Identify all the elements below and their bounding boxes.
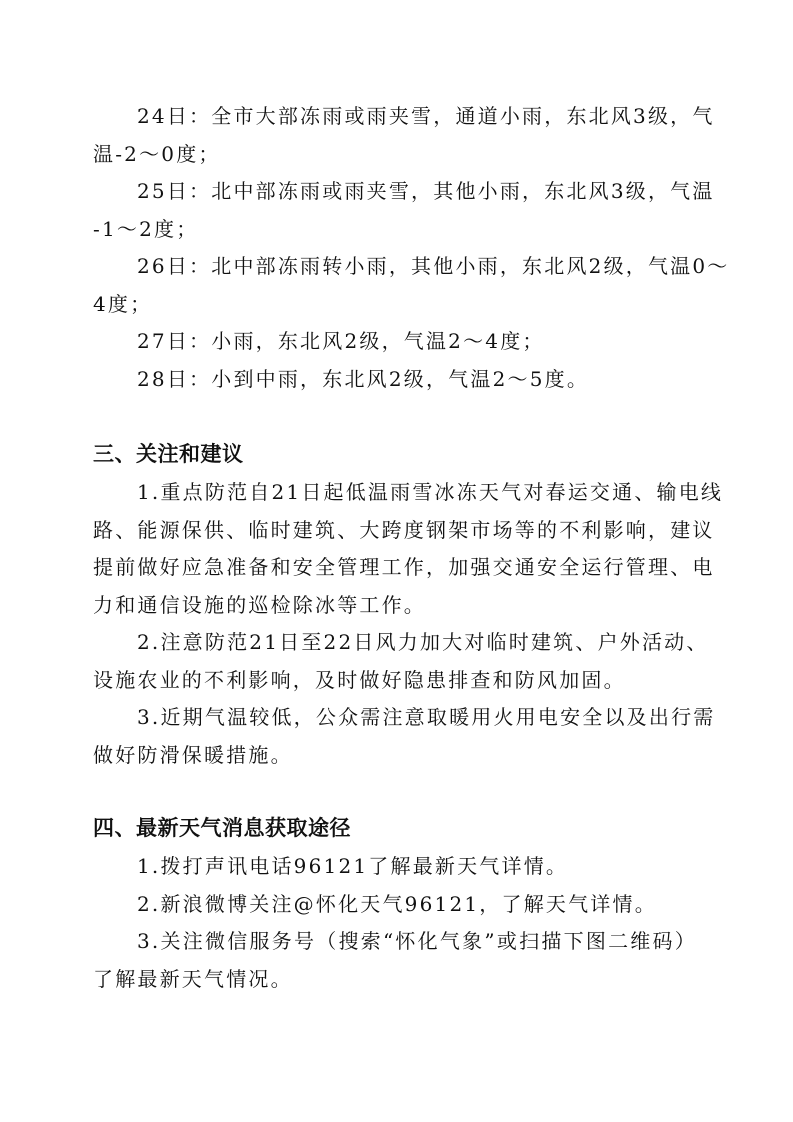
recommendation-line: 1.重点防范自21日起低温雨雪冰冻天气对春运交通、输电线 (93, 474, 697, 512)
forecast-line: -1～2度； (93, 211, 697, 249)
info-channel-item-2: 2.新浪微博关注@怀化天气96121，了解天气详情。 (93, 886, 697, 924)
forecast-day-28: 28日：小到中雨，东北风2级，气温2～5度。 (93, 361, 697, 399)
document-page: 24日：全市大部冻雨或雨夹雪，通道小雨，东北风3级，气 温-2～0度； 25日：… (93, 98, 697, 998)
section-spacer (93, 398, 697, 434)
forecast-line: 24日：全市大部冻雨或雨夹雪，通道小雨，东北风3级，气 (93, 98, 697, 136)
forecast-line: 26日：北中部冻雨转小雨，其他小雨，东北风2级，气温0～ (93, 248, 697, 286)
recommendation-item-3: 3.近期气温较低，公众需注意取暖用火用电安全以及出行需 做好防滑保暖措施。 (93, 699, 697, 774)
info-channel-item-3: 3.关注微信服务号（搜索“怀化气象”或扫描下图二维码） 了解最新天气情况。 (93, 923, 697, 998)
forecast-line: 27日：小雨，东北风2级，气温2～4度； (93, 323, 697, 361)
section-spacer (93, 774, 697, 808)
forecast-line: 温-2～0度； (93, 136, 697, 174)
forecast-day-26: 26日：北中部冻雨转小雨，其他小雨，东北风2级，气温0～ 4度； (93, 248, 697, 323)
section-heading-info-channels: 四、最新天气消息获取途径 (93, 808, 697, 848)
info-channel-line: 1.拨打声讯电话96121了解最新天气详情。 (93, 848, 697, 886)
recommendation-line: 提前做好应急准备和安全管理工作，加强交通安全运行管理、电 (93, 549, 697, 587)
forecast-day-24: 24日：全市大部冻雨或雨夹雪，通道小雨，东北风3级，气 温-2～0度； (93, 98, 697, 173)
forecast-line: 4度； (93, 286, 697, 324)
recommendation-item-2: 2.注意防范21日至22日风力加大对临时建筑、户外活动、 设施农业的不利影响，及… (93, 624, 697, 699)
info-channel-item-1: 1.拨打声讯电话96121了解最新天气详情。 (93, 848, 697, 886)
forecast-line: 28日：小到中雨，东北风2级，气温2～5度。 (93, 361, 697, 399)
recommendation-line: 3.近期气温较低，公众需注意取暖用火用电安全以及出行需 (93, 699, 697, 737)
info-channel-line: 3.关注微信服务号（搜索“怀化气象”或扫描下图二维码） (93, 923, 697, 961)
recommendation-line: 设施农业的不利影响，及时做好隐患排查和防风加固。 (93, 662, 697, 700)
forecast-line: 25日：北中部冻雨或雨夹雪，其他小雨，东北风3级，气温 (93, 173, 697, 211)
info-channel-line: 2.新浪微博关注@怀化天气96121，了解天气详情。 (93, 886, 697, 924)
recommendation-line: 力和通信设施的巡检除冰等工作。 (93, 587, 697, 625)
section-heading-recommendations: 三、关注和建议 (93, 434, 697, 474)
info-channel-line: 了解最新天气情况。 (93, 961, 697, 999)
recommendation-item-1: 1.重点防范自21日起低温雨雪冰冻天气对春运交通、输电线 路、能源保供、临时建筑… (93, 474, 697, 624)
forecast-day-25: 25日：北中部冻雨或雨夹雪，其他小雨，东北风3级，气温 -1～2度； (93, 173, 697, 248)
recommendation-line: 2.注意防范21日至22日风力加大对临时建筑、户外活动、 (93, 624, 697, 662)
forecast-day-27: 27日：小雨，东北风2级，气温2～4度； (93, 323, 697, 361)
recommendation-line: 路、能源保供、临时建筑、大跨度钢架市场等的不利影响，建议 (93, 512, 697, 550)
recommendation-line: 做好防滑保暖措施。 (93, 737, 697, 775)
